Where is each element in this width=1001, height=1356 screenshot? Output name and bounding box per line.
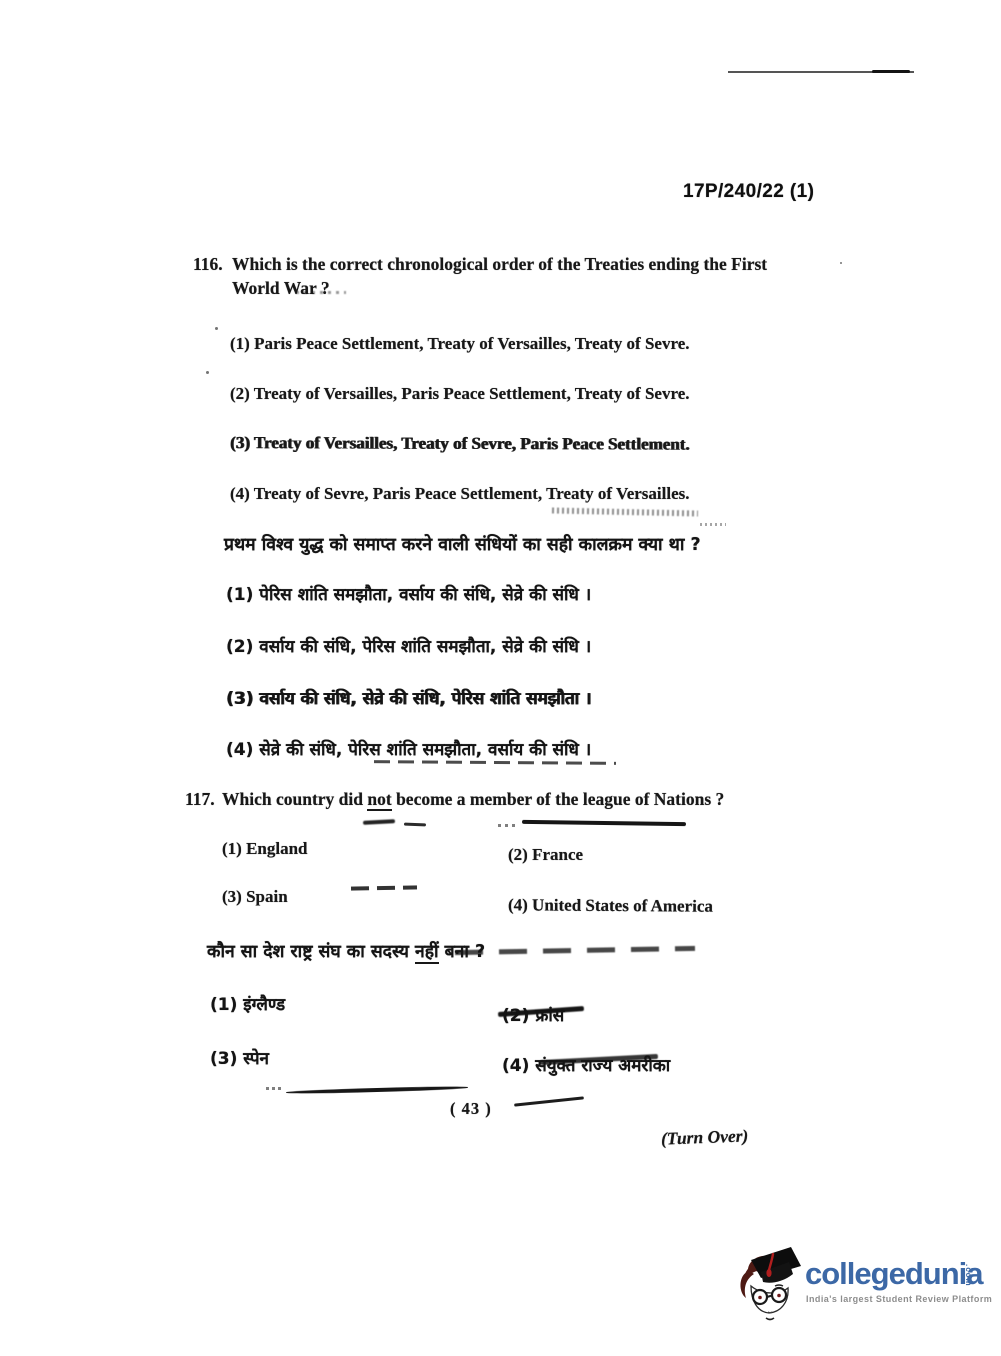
q117-option-en-1: (1) England: [222, 839, 308, 859]
q116-option-hi-3: (3) वर्साय की संधि, सेव्रे की संधि, पेरि…: [226, 686, 591, 709]
q117-hindi-underlined-word: नहीं: [415, 942, 439, 964]
q117-text-prefix: Which country did: [222, 789, 367, 809]
page-number: ( 43 ): [450, 1099, 492, 1119]
q116-option-en-2: (2) Treaty of Versailles, Paris Peace Se…: [230, 383, 750, 404]
scanned-exam-page: 17P/240/22 (1) 116. Which is the correct…: [0, 0, 1001, 1356]
q117-option-en-3: (3) Spain: [222, 887, 288, 907]
scan-smudge: [522, 820, 686, 826]
scan-smudge: [498, 824, 516, 827]
q117-hindi-prefix: कौन सा देश राष्ट्र संघ का सदस्य: [207, 942, 415, 962]
collegedunia-logo[interactable]: collegedunia .com India's largest Studen…: [733, 1240, 993, 1326]
q117-option-hi-2: (2) फ्रांस: [502, 1003, 564, 1026]
q117-text-suffix: become a member of the league of Nations…: [392, 789, 725, 809]
scan-speck: [206, 371, 209, 374]
scan-smudge: [404, 823, 426, 826]
question-116-text: Which is the correct chronological order…: [232, 252, 817, 300]
q117-underlined-word: not: [367, 789, 391, 811]
scan-smudge: [363, 819, 395, 824]
q116-option-hi-1: (1) पेरिस शांति समझौता, वर्साय की संधि, …: [226, 582, 591, 605]
scan-smudge: [374, 760, 616, 765]
turn-over-label: (Turn Over): [661, 1125, 749, 1149]
q116-option-en-4: (4) Treaty of Sevre, Paris Peace Settlem…: [230, 483, 750, 504]
scan-smudge: [514, 1096, 584, 1106]
scan-line-top: [728, 71, 914, 73]
question-117-number: 117.: [185, 789, 215, 810]
scan-speck: [215, 327, 218, 330]
q116-option-en-3: (3) Treaty of Versailles, Treaty of Sevr…: [230, 432, 750, 455]
q116-option-hi-2: (2) वर्साय की संधि, पेरिस शांति समझौता, …: [226, 634, 591, 657]
question-116-number: 116.: [193, 252, 223, 276]
q116-option-en-1: (1) Paris Peace Settlement, Treaty of Ve…: [230, 333, 750, 354]
q117-option-hi-4: (4) संयुक्त राज्य अमरीका: [502, 1053, 670, 1076]
q116-option-hi-4: (4) सेव्रे की संधि, पेरिस शांति समझौता, …: [226, 737, 591, 760]
q117-option-hi-3: (3) स्पेन: [210, 1046, 269, 1069]
brand-name: collegedunia: [805, 1256, 982, 1292]
brand-tagline: India's largest Student Review Platform: [806, 1294, 992, 1304]
scan-speck: [700, 523, 726, 526]
scan-speck: [840, 262, 842, 264]
q117-option-en-4: (4) United States of America: [508, 895, 713, 916]
scan-smudge: [286, 1085, 468, 1094]
question-116-hindi: प्रथम विश्व युद्ध को समाप्त करने वाली सं…: [224, 532, 701, 556]
collegedunia-mascot-icon: [733, 1242, 807, 1324]
question-117-hindi: कौन सा देश राष्ट्र संघ का सदस्य नहीं बना…: [207, 939, 485, 963]
q117-hindi-suffix: बना ?: [439, 942, 486, 962]
brand-domain-suffix: .com: [964, 1264, 973, 1287]
question-117: 117. Which country did not become a memb…: [185, 789, 724, 810]
scan-smudge: [351, 885, 417, 890]
scan-smudge: [266, 1087, 284, 1090]
question-117-text: Which country did not become a member of…: [222, 789, 724, 810]
scan-smudge: [455, 946, 695, 955]
scan-line-top-dark: [872, 70, 910, 74]
scan-smudge: [552, 507, 698, 516]
q117-option-en-2: (2) France: [508, 845, 583, 865]
question-116: 116. Which is the correct chronological …: [193, 252, 817, 300]
paper-code: 17P/240/22 (1): [683, 181, 814, 203]
q117-option-hi-1: (1) इंग्लैण्ड: [210, 992, 285, 1015]
